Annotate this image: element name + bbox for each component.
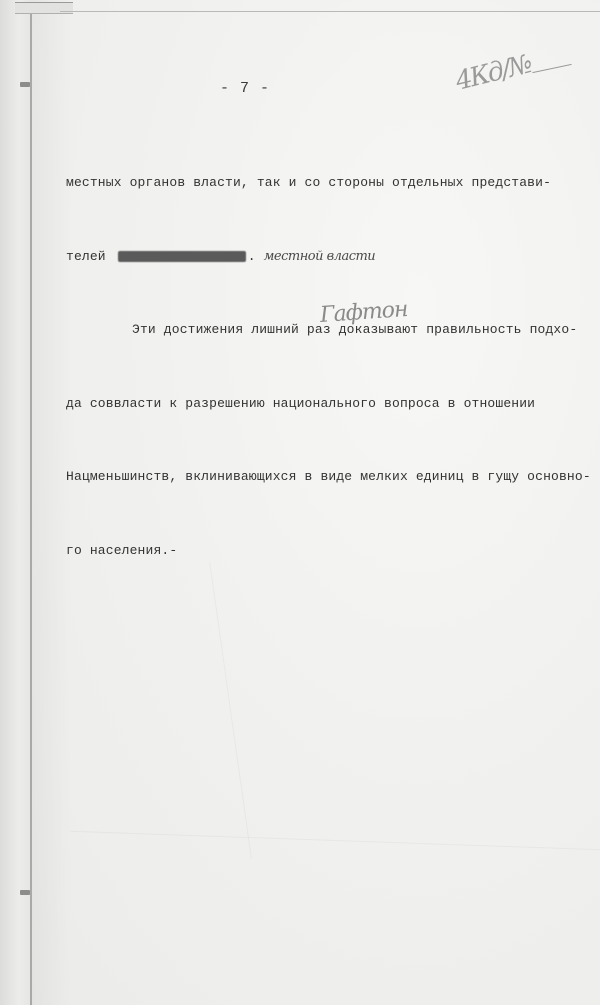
archive-mark: 4Кд/№ — [453, 49, 535, 97]
redacted-text — [118, 251, 246, 262]
staple-icon — [20, 82, 30, 87]
binding-strip — [0, 0, 32, 1005]
binding-line — [30, 8, 32, 1005]
text-line: да соввласти к разрешению национального … — [66, 392, 600, 417]
text-line: го населения.- — [66, 539, 600, 564]
text-line: местных органов власти, так и со стороны… — [66, 171, 600, 196]
document-page: - 7 - 4Кд/№ местных органов власти, так … — [0, 0, 600, 1005]
torn-corner — [15, 2, 73, 14]
text-line: Нацменьшинств, вклинивающихся в виде мел… — [66, 465, 600, 490]
page-number: - 7 - — [220, 80, 270, 97]
text-line: телей . местной власти — [66, 245, 600, 270]
page-top-edge — [60, 11, 600, 12]
body-text: местных органов власти, так и со стороны… — [66, 122, 600, 612]
text-fragment: . — [248, 249, 256, 264]
text-fragment: телей — [66, 249, 114, 264]
staple-icon — [20, 890, 30, 895]
archive-mark-stroke — [532, 64, 571, 73]
paper-crease — [70, 831, 600, 850]
handwritten-correction: местной власти — [264, 249, 376, 264]
